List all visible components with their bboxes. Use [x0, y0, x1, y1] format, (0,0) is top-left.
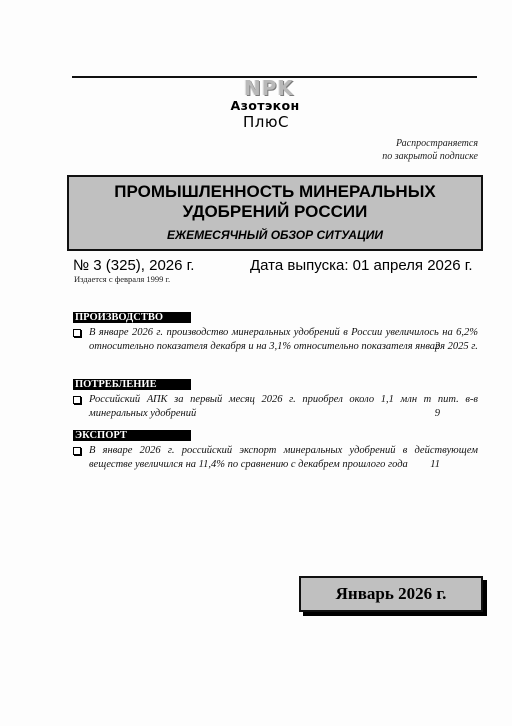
toc-page-number: 11 — [430, 458, 440, 472]
section-header-export: ЭКСПОРТ — [73, 430, 191, 441]
section-production: ПРОИЗВОДСТВО В январе 2026 г. производст… — [73, 307, 483, 353]
section-consumption: ПОТРЕБЛЕНИЕ Российский АПК за первый мес… — [73, 374, 483, 420]
publisher-logo: NPK Азотэкон ПлюС — [200, 78, 330, 130]
toc-item[interactable]: Российский АПК за первый месяц 2026 г. п… — [73, 393, 480, 420]
distribution-note-line2: по закрытой подписке — [382, 150, 478, 163]
checkbox-bullet-icon — [73, 447, 81, 455]
toc-item-text: В январе 2026 г. российский экспорт мине… — [85, 444, 480, 471]
issue-month-label: Январь 2026 г. — [299, 576, 483, 612]
page-subtitle: ЕЖЕМЕСЯЧНЫЙ ОБЗОР СИТУАЦИИ — [69, 228, 481, 242]
title-line2: УДОБРЕНИЙ РОССИИ — [69, 202, 481, 222]
logo-plus-text: ПлюС — [202, 114, 330, 130]
checkbox-bullet-icon — [73, 396, 81, 404]
issue-number: № 3 (325), 2026 г. — [73, 257, 194, 274]
distribution-note-line1: Распространяется — [382, 137, 478, 150]
section-header-production: ПРОИЗВОДСТВО — [73, 312, 191, 323]
logo-npk-text: NPK — [208, 78, 330, 98]
release-date: Дата выпуска: 01 апреля 2026 г. — [250, 257, 473, 274]
distribution-note: Распространяется по закрытой подписке — [382, 137, 478, 163]
section-export: ЭКСПОРТ В январе 2026 г. российский эксп… — [73, 425, 483, 471]
toc-page-number: 9 — [435, 407, 440, 421]
title-line1: ПРОМЫШЛЕННОСТЬ МИНЕРАЛЬНЫХ — [69, 182, 481, 202]
page-title: ПРОМЫШЛЕННОСТЬ МИНЕРАЛЬНЫХ УДОБРЕНИЙ РОС… — [69, 182, 481, 222]
toc-item-text: В январе 2026 г. производство минеральны… — [85, 326, 480, 353]
logo-azotekon-text: Азотэкон — [197, 99, 334, 113]
checkbox-bullet-icon — [73, 329, 81, 337]
toc-item[interactable]: В январе 2026 г. российский экспорт мине… — [73, 444, 480, 471]
section-header-consumption: ПОТРЕБЛЕНИЕ — [73, 379, 191, 390]
toc-page-number: 2 — [435, 340, 440, 354]
published-since: Издается с февраля 1999 г. — [74, 274, 170, 284]
toc-item[interactable]: В январе 2026 г. производство минеральны… — [73, 326, 480, 353]
toc-item-text: Российский АПК за первый месяц 2026 г. п… — [85, 393, 480, 420]
title-box: ПРОМЫШЛЕННОСТЬ МИНЕРАЛЬНЫХ УДОБРЕНИЙ РОС… — [67, 175, 483, 251]
